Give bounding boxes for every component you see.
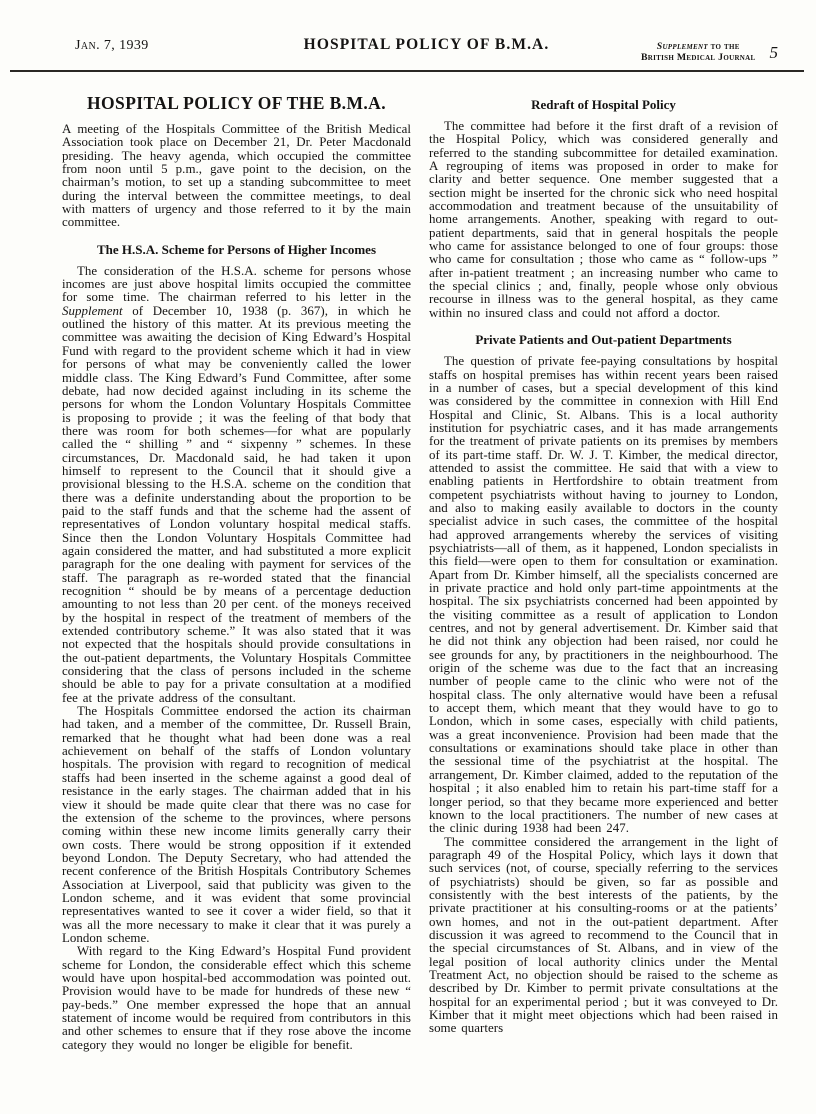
article-title: HOSPITAL POLICY OF THE B.M.A. xyxy=(62,93,411,114)
supplement-reference: Supplement xyxy=(62,304,123,318)
section-heading-hsa-scheme: The H.S.A. Scheme for Persons of Higher … xyxy=(62,242,411,258)
paragraph: The committee had before it the first dr… xyxy=(429,120,778,320)
journal-name: British Medical Journal xyxy=(641,52,756,63)
right-column: Redraft of Hospital Policy The committee… xyxy=(429,93,778,1052)
paragraph-text: The consideration of the H.S.A. scheme f… xyxy=(62,264,411,305)
left-column: HOSPITAL POLICY OF THE B.M.A. A meeting … xyxy=(62,93,411,1052)
header-rule xyxy=(10,70,804,72)
paragraph: The question of private fee-paying consu… xyxy=(429,355,778,835)
journal-reference: Supplement to the British Medical Journa… xyxy=(641,41,778,63)
paragraph-text: of December 10, 1938 (p. 367), in which … xyxy=(62,304,411,705)
page-number: 5 xyxy=(770,43,779,63)
section-heading-private-patients: Private Patients and Out-patient Departm… xyxy=(429,332,778,348)
journal-page: Jan. 7, 1939 HOSPITAL POLICY OF B.M.A. S… xyxy=(0,0,816,1114)
intro-paragraph: A meeting of the Hospitals Committee of … xyxy=(62,123,411,230)
paragraph: The committee considered the arrangement… xyxy=(429,836,778,1036)
paragraph: The consideration of the H.S.A. scheme f… xyxy=(62,265,411,705)
issue-date: Jan. 7, 1939 xyxy=(75,38,149,54)
supplement-to-the: to the xyxy=(708,41,740,52)
running-title: HOSPITAL POLICY OF B.M.A. xyxy=(304,36,550,54)
paragraph: The Hospitals Committee endorsed the act… xyxy=(62,705,411,945)
section-heading-redraft: Redraft of Hospital Policy xyxy=(429,97,778,113)
supplement-label: Supplement xyxy=(657,41,708,52)
paragraph: With regard to the King Edward’s Hospita… xyxy=(62,945,411,1052)
journal-name-block: Supplement to the British Medical Journa… xyxy=(641,41,756,63)
page-header: Jan. 7, 1939 HOSPITAL POLICY OF B.M.A. S… xyxy=(62,36,778,63)
article-body: HOSPITAL POLICY OF THE B.M.A. A meeting … xyxy=(62,93,778,1052)
